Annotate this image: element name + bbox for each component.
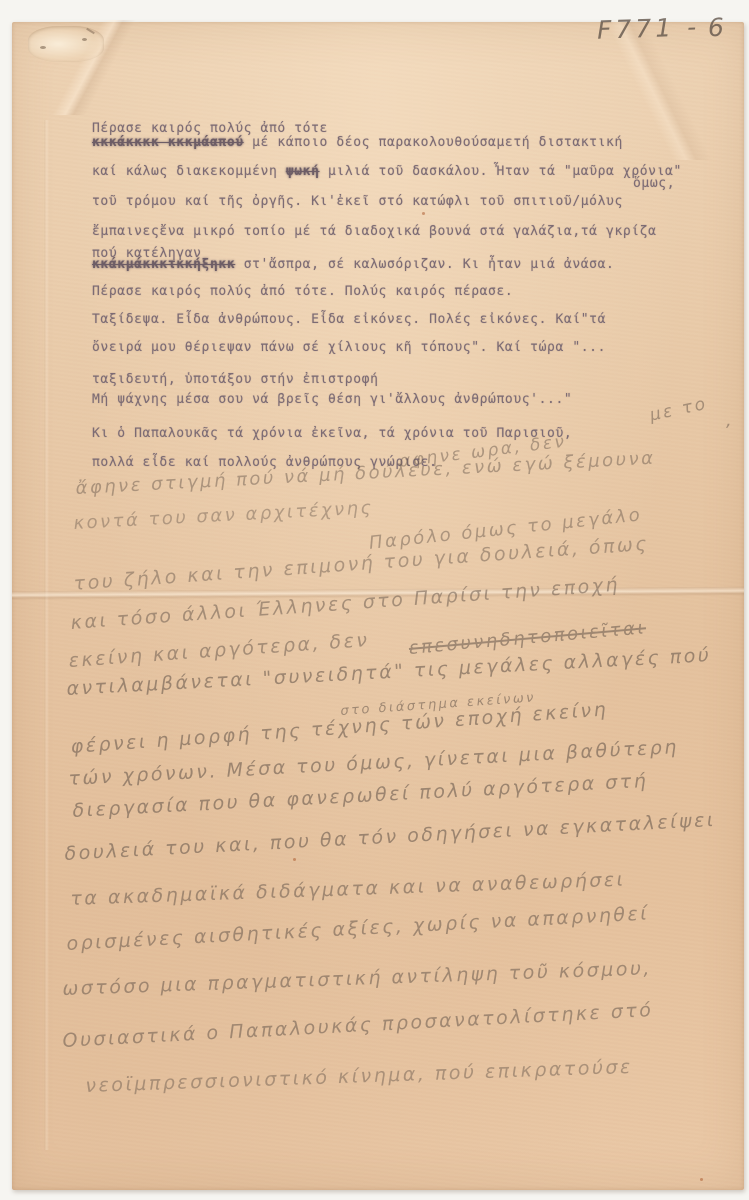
handwritten-note: , [726, 410, 734, 431]
typed-line: ἔμπαινεςἔνα μικρό τοπίο μέ τά διαδοχικά … [92, 222, 692, 241]
staple-hole [82, 38, 87, 41]
typed-line: τοῦ τρόμου καί τῆς ὀργῆς. Κι'ἐκεῖ στό κα… [92, 192, 692, 211]
page-number: 6 [707, 13, 724, 43]
typed-line: ὄνειρά μου θέριεψαν πάνω σέ χίλιους κῆ τ… [92, 338, 692, 357]
typed-text: Ταξίδεψα. Εἶδα ἀνθρώπους. Εἶδα εἰκόνες. … [92, 312, 606, 327]
rust-speck [700, 1178, 703, 1181]
typed-insert: ὅμως, [633, 176, 675, 191]
document-scan: F771 - 6 Πέρασε καιρός πολύς ἀπό τότεκκκ… [0, 0, 749, 1200]
overstruck-text: κκάκμάκκκτκκήξηκκ [92, 257, 235, 272]
typed-line: Μή ψάχνης μέσα σου νά βρεῖς θέση γι'ἄλλο… [92, 390, 692, 409]
typed-text: Πέρασε καιρός πολύς ἀπό τότε. Πολύς καιρ… [92, 284, 513, 299]
typed-text: Μή ψάχνης μέσα σου νά βρεῖς θέση γι'ἄλλο… [92, 392, 572, 407]
rust-speck [293, 858, 296, 861]
typed-line: Κι ὁ Παπαλουκᾶς τά χρόνια ἐκεῖνα, τά χρό… [92, 424, 692, 443]
typed-line: ταξιδευτή, ὑποτάξου στήν ἐπιστροφή [92, 370, 692, 389]
vertical-crease [44, 120, 49, 1150]
typed-line: κκκάκκκκ κκκμάαπού μέ κάποιο δέος παρακο… [92, 133, 692, 152]
overstruck-text: ψωκή [286, 164, 320, 179]
typed-text: ἔμπαινεςἔνα μικρό τοπίο μέ τά διαδοχικά … [92, 224, 657, 239]
typed-text: μιλιά τοῦ δασκάλου. Ἦταν τά "μαῦρα χρόνι… [320, 164, 682, 179]
typed-text: καί κάλως διακεκομμένη [92, 164, 286, 179]
typed-text-block: Πέρασε καιρός πολύς ἀπό τότεκκκάκκκκ κκκ… [92, 119, 692, 472]
typed-line: Πέρασε καιρός πολύς ἀπό τότε. Πολύς καιρ… [92, 282, 692, 301]
archive-code: F771 - [597, 12, 701, 45]
typed-line: Ταξίδεψα. Εἶδα ἀνθρώπους. Εἶδα εἰκόνες. … [92, 310, 692, 329]
typed-line: κκάκμάκκκτκκήξηκκ στ'ἄσπρα, σέ καλωσόριζ… [92, 255, 692, 274]
staple-hole [40, 46, 46, 49]
typed-text: μέ κάποιο δέος παρακολουθούσαμετή διστακ… [244, 135, 623, 150]
typed-text: τοῦ τρόμου καί τῆς ὀργῆς. Κι'ἐκεῖ στό κα… [92, 194, 623, 209]
typed-line: καί κάλως διακεκομμένη ψωκή μιλιά τοῦ δα… [92, 162, 692, 181]
overstruck-text: κκκάκκκκ κκκμάαπού [92, 135, 244, 150]
typed-text: ταξιδευτή, ὑποτάξου στήν ἐπιστροφή [92, 372, 379, 387]
typed-text: ὄνειρά μου θέριεψαν πάνω σέ χίλιους κῆ τ… [92, 340, 606, 355]
typed-text: στ'ἄσπρα, σέ καλωσόριζαν. Κι ἦταν μιά ἀν… [235, 257, 614, 272]
